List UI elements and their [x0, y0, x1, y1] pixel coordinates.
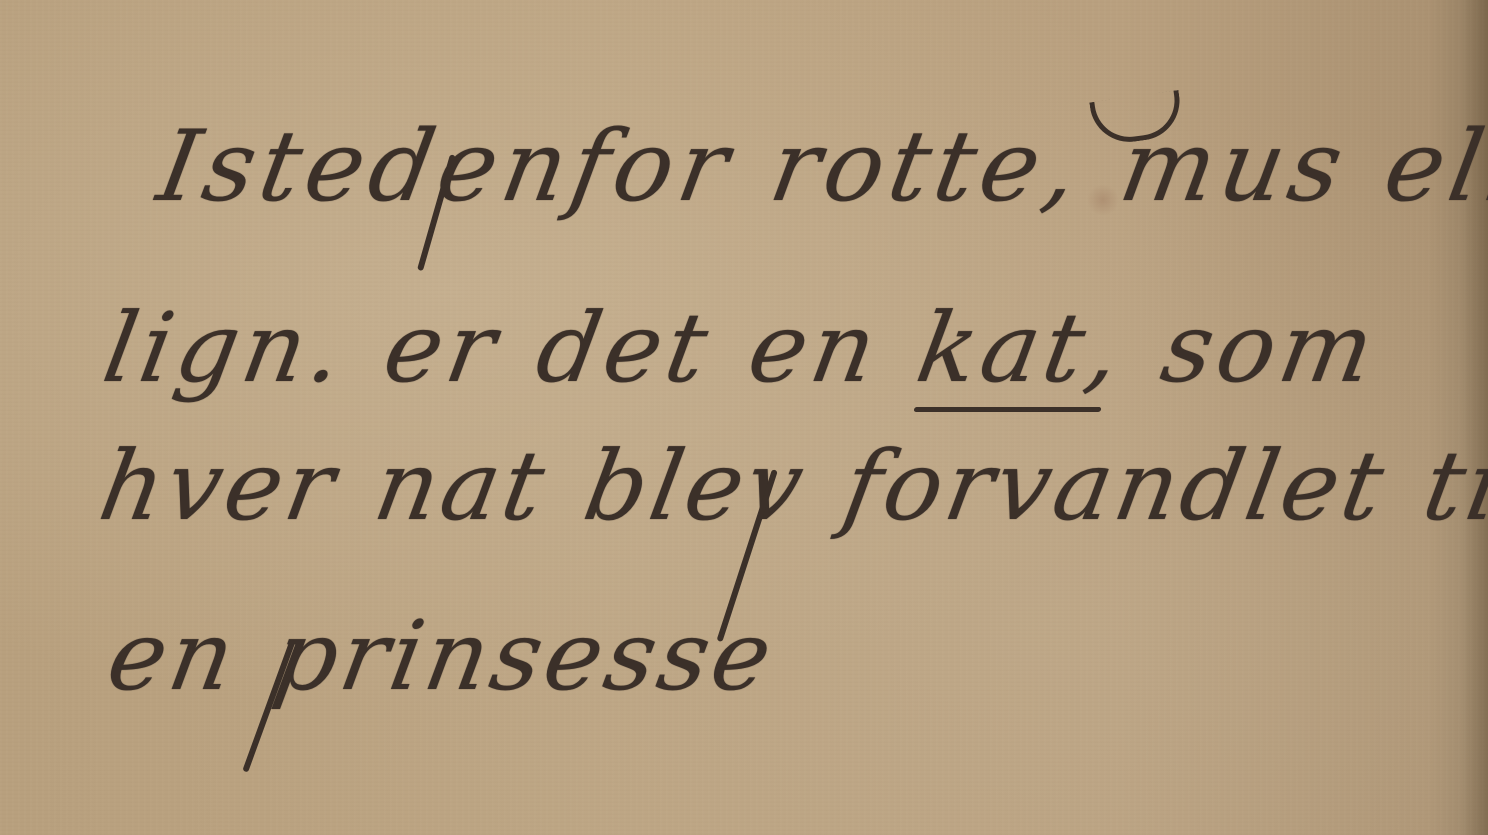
word: er — [376, 292, 508, 404]
word: prinsesse — [267, 600, 784, 712]
handwritten-line-3: hvernatblevforvandlettil — [92, 430, 1488, 542]
word: som — [1154, 292, 1387, 404]
word: lign. — [96, 292, 356, 404]
handwritten-line-4: enprinsesse — [100, 600, 784, 712]
word: en — [100, 600, 246, 712]
word: ell. — [1376, 110, 1488, 224]
word: det — [529, 292, 721, 404]
underlined-word-kat: kat, — [909, 292, 1133, 404]
word: hver — [92, 430, 347, 542]
word: en — [741, 292, 889, 404]
word: blev — [576, 430, 815, 542]
handwritten-line-1: Istedenforrotte,musell. — [150, 110, 1488, 224]
word: rotte, — [762, 110, 1092, 224]
word: nat — [367, 430, 556, 542]
handwritten-line-2: lign.erdetenkat,som — [96, 292, 1387, 404]
word: til — [1416, 430, 1488, 542]
word: forvandlet — [836, 430, 1396, 542]
